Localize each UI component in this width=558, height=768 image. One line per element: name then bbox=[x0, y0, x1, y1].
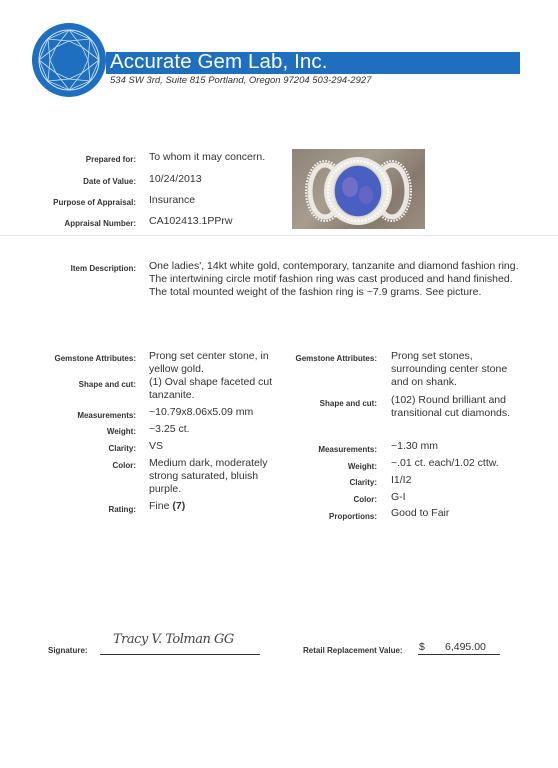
center-measurements-value: ~10.79x8.06x5.09 mm bbox=[149, 406, 253, 419]
center-weight-value: ~3.25 ct. bbox=[149, 423, 190, 436]
side-attributes-label: Gemstone Attributes: bbox=[296, 354, 378, 363]
side-color-label: Color: bbox=[353, 495, 377, 504]
date-of-value-value: 10/24/2013 bbox=[149, 173, 202, 186]
side-measurements-value: ~1.30 mm bbox=[391, 440, 438, 453]
side-weight-value: ~.01 ct. each/1.02 cttw. bbox=[391, 457, 499, 470]
logo-diamond-facet-icon bbox=[32, 23, 106, 97]
side-attributes-value: Prong set stones, surrounding center sto… bbox=[391, 350, 511, 389]
center-measurements-label: Measurements: bbox=[77, 411, 136, 420]
item-description-value: One ladies', 14kt white gold, contempora… bbox=[149, 260, 519, 299]
center-shape-value: (1) Oval shape faceted cut tanzanite. bbox=[149, 376, 274, 402]
item-description-label: Item Description: bbox=[71, 264, 136, 273]
currency-symbol: $ bbox=[419, 641, 425, 654]
signature-line bbox=[100, 654, 260, 655]
prepared-for-value: To whom it may concern. bbox=[149, 151, 265, 164]
side-weight-label: Weight: bbox=[348, 462, 377, 471]
center-clarity-label: Clarity: bbox=[108, 444, 136, 453]
company-name: Accurate Gem Lab, Inc. bbox=[110, 50, 328, 74]
side-proportions-value: Good to Fair bbox=[391, 507, 449, 520]
rating-label: Rating: bbox=[108, 505, 136, 514]
side-measurements-label: Measurements: bbox=[318, 445, 377, 454]
center-shape-label: Shape and cut: bbox=[79, 380, 136, 389]
rating-text: Fine bbox=[149, 500, 169, 512]
side-shape-value: (102) Round brilliant and transitional c… bbox=[391, 394, 516, 420]
rating-value: Fine (7) bbox=[149, 500, 185, 513]
signature-label: Signature: bbox=[48, 646, 88, 655]
rating-score: (7) bbox=[172, 500, 185, 512]
section-divider bbox=[0, 235, 558, 236]
side-color-value: G-I bbox=[391, 491, 406, 504]
prepared-for-label: Prepared for: bbox=[86, 155, 136, 164]
appraisal-number-value: CA102413.1PPrw bbox=[149, 215, 232, 228]
center-attributes-label: Gemstone Attributes: bbox=[55, 354, 137, 363]
retail-value-label: Retail Replacement Value: bbox=[303, 646, 403, 655]
side-shape-label: Shape and cut: bbox=[320, 399, 377, 408]
signature: Tracy V. Tolman GG bbox=[113, 632, 234, 647]
company-address: 534 SW 3rd, Suite 815 Portland, Oregon 9… bbox=[110, 75, 371, 86]
side-proportions-label: Proportions: bbox=[329, 512, 377, 521]
date-of-value-label: Date of Value: bbox=[83, 177, 136, 186]
purpose-label: Purpose of Appraisal: bbox=[53, 198, 136, 207]
center-attributes-value: Prong set center stone, in yellow gold. bbox=[149, 350, 289, 376]
center-color-label: Color: bbox=[112, 461, 136, 470]
center-weight-label: Weight: bbox=[107, 427, 136, 436]
side-clarity-value: I1/I2 bbox=[391, 474, 411, 487]
retail-value-line bbox=[418, 654, 500, 655]
retail-value: 6,495.00 bbox=[445, 641, 486, 654]
ring-photo bbox=[292, 149, 425, 229]
center-color-value: Medium dark, moderately strong saturated… bbox=[149, 457, 279, 496]
side-clarity-label: Clarity: bbox=[349, 478, 377, 487]
appraisal-number-label: Appraisal Number: bbox=[64, 219, 136, 228]
purpose-value: Insurance bbox=[149, 194, 195, 207]
center-clarity-value: VS bbox=[149, 440, 163, 453]
